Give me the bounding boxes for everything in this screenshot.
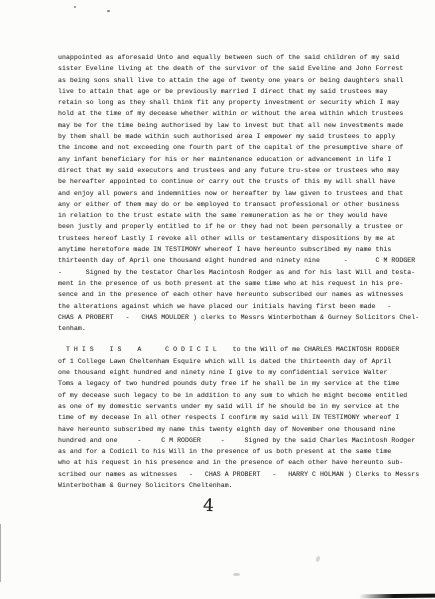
document-line: and enjoy all powers and indemnities now… <box>58 188 403 199</box>
document-line: be hereafter appointed to continue or ca… <box>58 176 403 187</box>
document-line: the alterations against which we have pl… <box>58 301 403 312</box>
codicil-paragraph: T H I S I S A C O D I C I L to the Will … <box>58 344 403 491</box>
document-line: hold at the time of my decease whether w… <box>58 108 403 119</box>
document-line: ment in the presence of us both present … <box>58 278 403 289</box>
document-line: unappointed as aforesaid Unto and equall… <box>58 52 403 63</box>
document-line: time of my decease In all other respects… <box>58 412 403 423</box>
document-line: sence and in the presence of each other … <box>58 289 403 300</box>
document-line: direct that my said executors and truste… <box>58 165 403 176</box>
scan-speck <box>107 10 110 12</box>
document-text: unappointed as aforesaid Unto and equall… <box>58 52 403 491</box>
document-line: by them shall be made within such author… <box>58 131 403 142</box>
scan-corner-smudge <box>359 594 435 599</box>
document-line: Toms a legacy of two hundred pounds duty… <box>58 378 403 389</box>
document-line: CHAS A PROBERT - CHAS MOULDER ) clerks t… <box>58 312 403 323</box>
document-line: in relation to the trust estate with the… <box>58 210 403 221</box>
will-paragraph: unappointed as aforesaid Unto and equall… <box>58 52 403 334</box>
document-line: hundred and one - C M RODGER - Signed by… <box>58 435 403 446</box>
document-line: scribed our names as witnesses - CHAS A … <box>58 469 403 480</box>
document-line: - Signed by the testator Charles Macinto… <box>58 267 403 278</box>
document-line: one thousand eight hundred and ninety ni… <box>58 367 403 378</box>
document-line: any or either of them may do or be emplo… <box>58 199 403 210</box>
document-line: T H I S I S A C O D I C I L to the Will … <box>58 344 403 355</box>
scanned-will-document-page: unappointed as aforesaid Unto and equall… <box>0 0 435 599</box>
document-line: any infant beneficiary for his or her ma… <box>58 154 403 165</box>
document-line: trustees hereof Lastly I revoke all othe… <box>58 233 403 244</box>
document-line: been justly and properly entitled to if … <box>58 221 403 232</box>
document-line: Winterbotham & Gurney Solicitors Chelten… <box>58 480 403 491</box>
document-line: sister Eveline living at the death of th… <box>58 63 403 74</box>
scan-edge-artifact <box>0 524 1 582</box>
document-line: anytime heretofore made IN TESTIMONY whe… <box>58 244 403 255</box>
scan-speck <box>315 555 321 562</box>
document-line: thirteenth day of April one thousand eig… <box>58 255 403 266</box>
document-line: retain so long as they shall think fit a… <box>58 97 403 108</box>
scan-speck <box>233 573 240 576</box>
document-line: the income and not exceeding one fourth … <box>58 142 403 153</box>
document-line: of 1 College Lawn Cheltenham Esquire whi… <box>58 356 403 367</box>
handwritten-page-number: 4 <box>203 496 215 516</box>
document-line: as one of my domestic servants under my … <box>58 401 403 412</box>
document-line: as being sons shall live to attain the a… <box>58 75 403 86</box>
document-line: who at his request in his presence and i… <box>58 457 403 468</box>
document-line: as and for a Codicil to his Will in the … <box>58 446 403 457</box>
document-line: may be for the time being authorised by … <box>58 120 403 131</box>
document-line: have hereunto subscribed my name this tw… <box>58 424 403 435</box>
scan-speck <box>74 6 76 8</box>
document-line: live to attain that age or be previously… <box>58 86 403 97</box>
document-line: tenham. <box>58 323 403 334</box>
document-line: of my decease such legacy to be in addit… <box>58 390 403 401</box>
